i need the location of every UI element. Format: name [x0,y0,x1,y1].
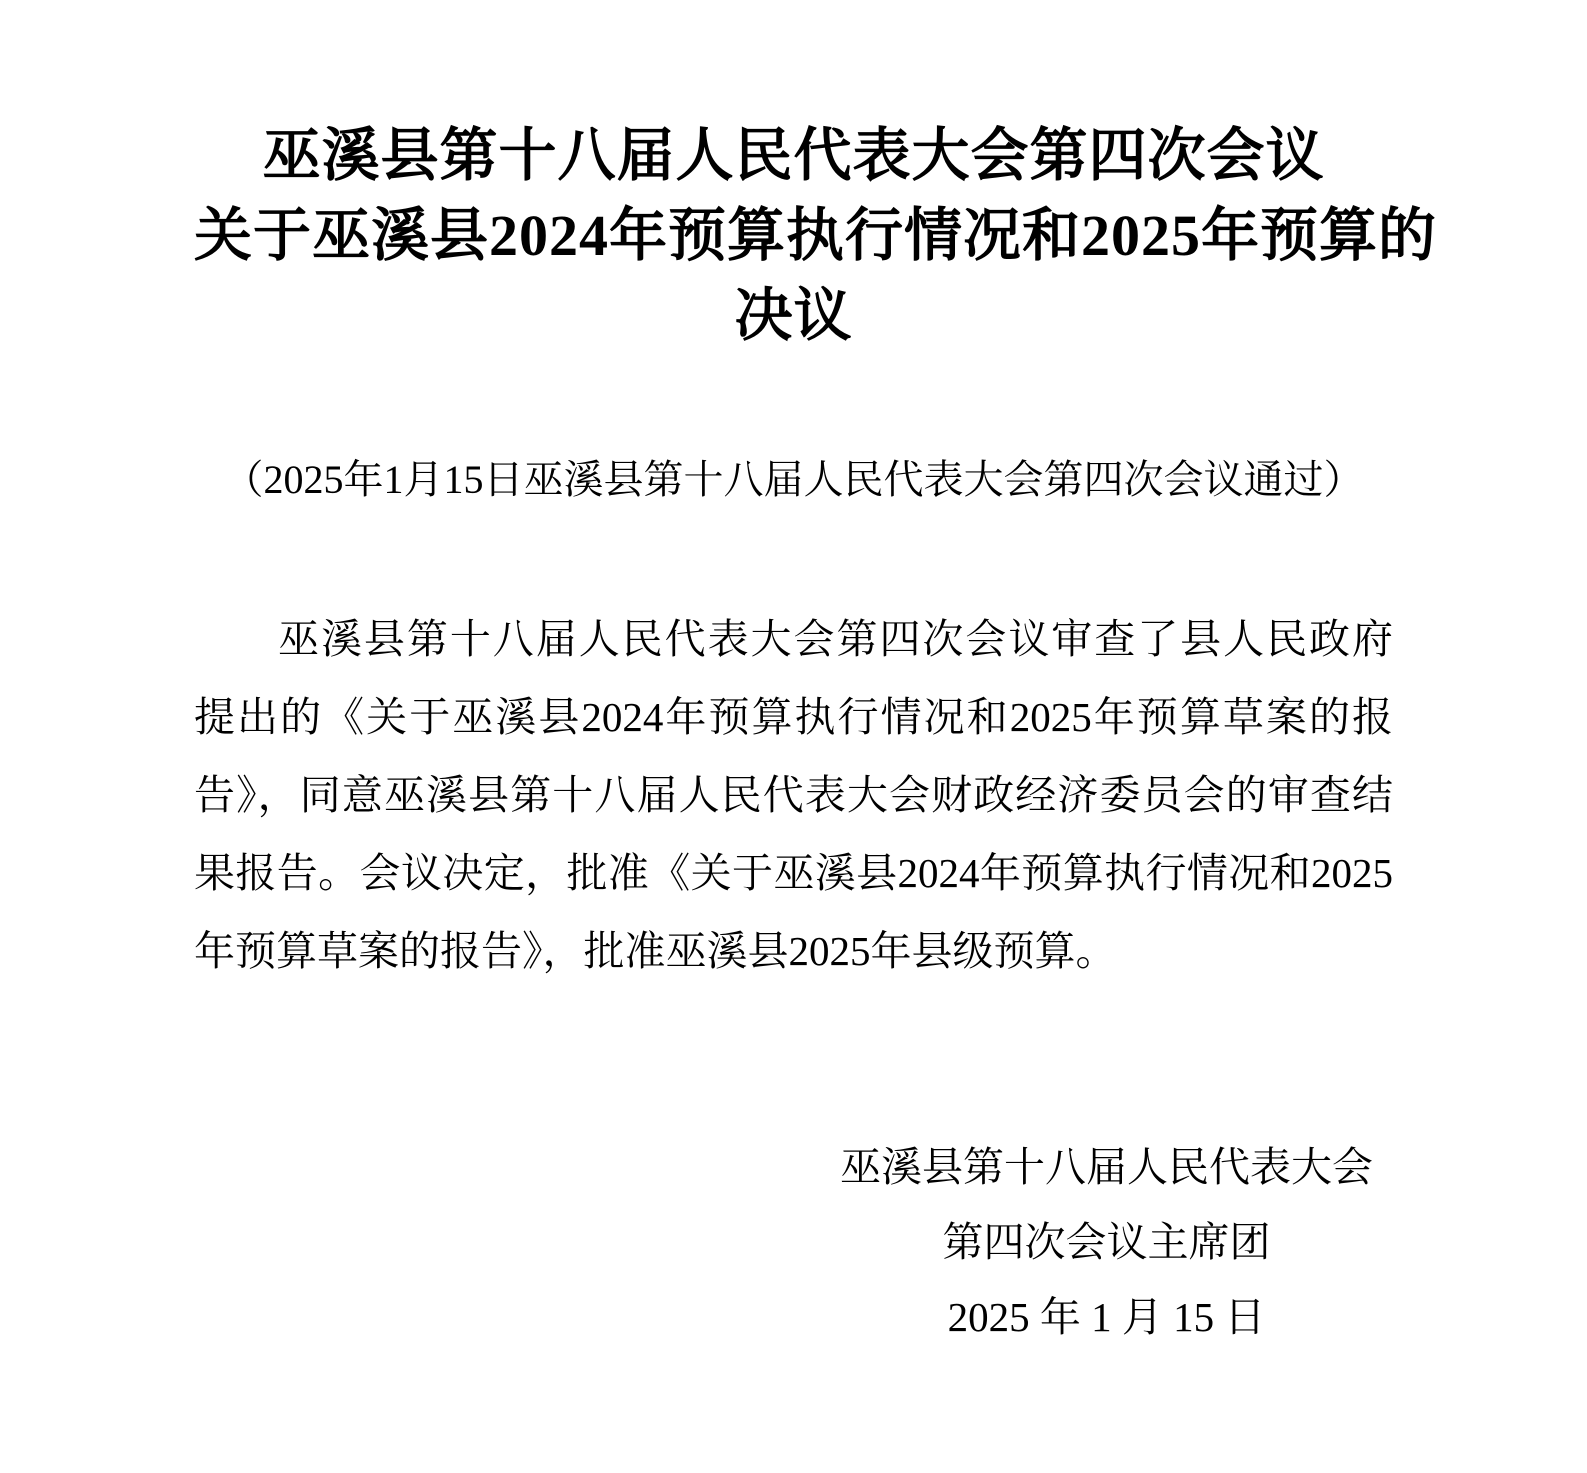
title-line-3: 决议 [194,276,1393,356]
document-title: 巫溪县第十八届人民代表大会第四次会议 关于巫溪县2024年预算执行情况和2025… [194,116,1393,356]
body-line: 年预算草案的报告》，批准巫溪县2025年县级预算。 [194,912,1393,990]
signature-org: 巫溪县第十八届人民代表大会 [840,1130,1373,1205]
body-line: 果报告。会议决定，批准《关于巫溪县2024年预算执行情况和2025 [194,834,1393,912]
body-line: 提出的《关于巫溪县2024年预算执行情况和2025年预算草案的报 [194,678,1393,756]
body-paragraph: 巫溪县第十八届人民代表大会第四次会议审查了县人民政府 提出的《关于巫溪县2024… [194,600,1393,990]
body-line: 巫溪县第十八届人民代表大会第四次会议审查了县人民政府 [194,600,1393,678]
signature-block: 巫溪县第十八届人民代表大会 第四次会议主席团 2025 年 1 月 15 日 [840,1130,1373,1355]
signature-date: 2025 年 1 月 15 日 [840,1280,1373,1355]
title-line-1: 巫溪县第十八届人民代表大会第四次会议 [194,116,1393,196]
document-page: 巫溪县第十八届人民代表大会第四次会议 关于巫溪县2024年预算执行情况和2025… [0,0,1587,1473]
title-line-2: 关于巫溪县2024年预算执行情况和2025年预算的 [194,196,1393,276]
signature-presidium: 第四次会议主席团 [840,1205,1373,1280]
passage-note: （2025年1月15日巫溪县第十八届人民代表大会第四次会议通过） [194,450,1393,510]
body-line: 告》，同意巫溪县第十八届人民代表大会财政经济委员会的审查结 [194,756,1393,834]
